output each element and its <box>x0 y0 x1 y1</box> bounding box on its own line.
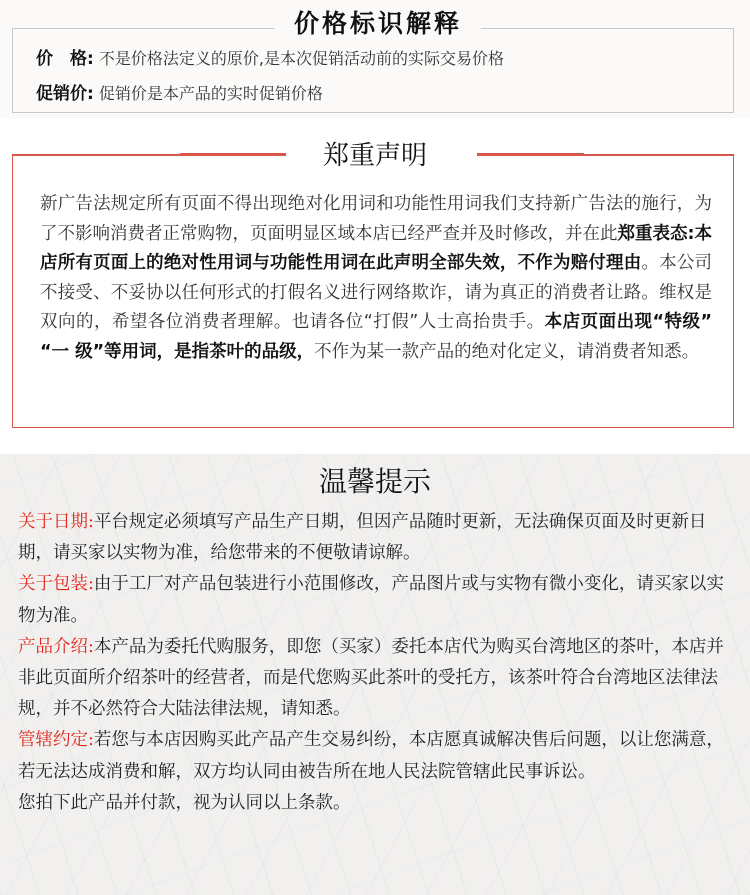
tip-text: 由于工厂对产品包装进行小范围修改，产品图片或与实物有微小变化，请买家以实物为准。 <box>18 574 724 625</box>
tip-text: 本产品为委托代购服务，即您（买家）委托本店代为购买台湾地区的茶叶，本店并非此页面… <box>18 637 724 719</box>
tips-list: 关于日期:平台规定必须填写产品生产日期，但因产品随时更新，无法确保页面及时更新日… <box>18 507 734 819</box>
divider <box>584 154 734 156</box>
declaration-title: 郑重声明 <box>300 135 450 172</box>
declaration-text-part: 新广告法规定所有页面不得出现绝对化用词和功能性用词我们支持新广告法的施行，为了不… <box>40 194 712 244</box>
tips-title: 温馨提示 <box>0 460 750 500</box>
tip-text: 平台规定必须填写产品生产日期，但因产品随时更新，无法确保页面及时更新日期，请买家… <box>18 512 706 563</box>
price-row: 价 格: 不是价格法定义的原价,是本次促销活动前的实际交易价格 <box>36 44 504 69</box>
tip-packaging: 关于包装:由于工厂对产品包装进行小范围修改，产品图片或与实物有微小变化，请买家以… <box>18 569 734 631</box>
tip-label: 关于日期: <box>18 512 94 532</box>
tip-text: 若您与本店因购买此产品产生交易纠纷，本店愿真诚解决售后问题，以让您满意，若无法达… <box>18 730 724 781</box>
tip-label: 管辖约定: <box>18 730 94 750</box>
promo-price-row: 促销价: 促销价是本产品的实时促销价格 <box>36 79 323 104</box>
declaration-text-part: 不作为某一款产品的绝对化定义，请消费者知悉。 <box>314 342 699 362</box>
promo-price-text: 促销价是本产品的实时促销价格 <box>99 84 323 103</box>
price-text: 不是价格法定义的原价,是本次促销活动前的实际交易价格 <box>99 49 504 68</box>
tips-footer: 您拍下此产品并付款，视为认同以上条款。 <box>18 788 734 819</box>
promo-price-label: 促销价: <box>36 84 94 104</box>
tip-jurisdiction: 管辖约定:若您与本店因购买此产品产生交易纠纷，本店愿真诚解决售后问题，以让您满意… <box>18 725 734 787</box>
divider <box>12 28 274 29</box>
divider <box>481 28 733 29</box>
tip-label: 产品介绍: <box>18 637 94 657</box>
tip-label: 关于包装: <box>18 574 94 594</box>
price-explanation-title: 价格标识解释 <box>276 4 480 40</box>
declaration-text: 新广告法规定所有页面不得出现绝对化用词和功能性用词我们支持新广告法的施行，为了不… <box>40 190 712 367</box>
price-label: 价 格: <box>36 49 94 69</box>
tip-product-intro: 产品介绍:本产品为委托代购服务，即您（买家）委托本店代为购买台湾地区的茶叶，本店… <box>18 632 734 726</box>
divider <box>12 154 180 156</box>
accent-bar-right <box>477 153 584 156</box>
tip-date: 关于日期:平台规定必须填写产品生产日期，但因产品随时更新，无法确保页面及时更新日… <box>18 507 734 569</box>
accent-bar-left <box>180 153 286 156</box>
